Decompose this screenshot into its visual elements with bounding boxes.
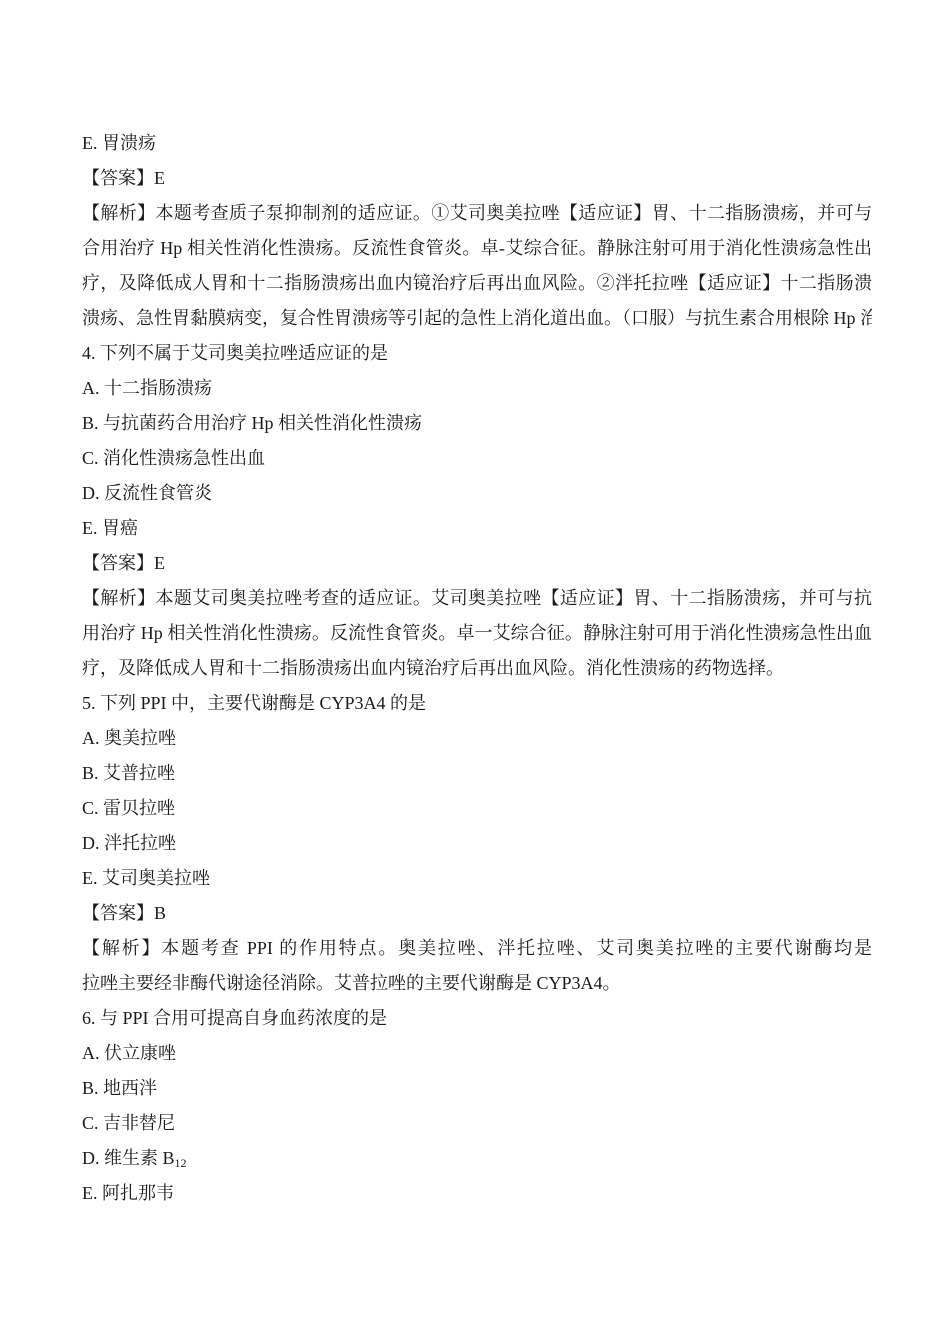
q4-stem: 4. 下列不属于艾司奥美拉唑适应证的是 bbox=[82, 336, 872, 371]
prev-question-answer: 【答案】E bbox=[82, 161, 872, 196]
q6-option-e: E. 阿扎那韦 bbox=[82, 1176, 872, 1211]
prev-question-analysis-line-3: 疗，及降低成人胃和十二指肠溃疡出血内镜治疗后再出血风险。②泮托拉唑【适应证】十二… bbox=[82, 266, 872, 301]
prev-question-analysis-line-1: 【解析】本题考查质子泵抑制剂的适应证。①艾司奥美拉唑【适应证】胃、十二指肠溃疡，… bbox=[82, 196, 872, 231]
q5-option-d: D. 泮托拉唑 bbox=[82, 826, 872, 861]
q5-stem: 5. 下列 PPI 中，主要代谢酶是 CYP3A4 的是 bbox=[82, 686, 872, 721]
q4-option-b: B. 与抗菌药合用治疗 Hp 相关性消化性溃疡 bbox=[82, 406, 872, 441]
document-page: E. 胃溃疡 【答案】E 【解析】本题考查质子泵抑制剂的适应证。①艾司奥美拉唑【… bbox=[82, 126, 872, 1211]
q5-option-e: E. 艾司奥美拉唑 bbox=[82, 861, 872, 896]
q5-answer: 【答案】B bbox=[82, 896, 872, 931]
q4-analysis-line-3: 疗，及降低成人胃和十二指肠溃疡出血内镜治疗后再出血风险。消化性溃疡的药物选择。 bbox=[82, 651, 872, 686]
q5-analysis-line-2: 拉唑主要经非酶代谢途径消除。艾普拉唑的主要代谢酶是 CYP3A4。 bbox=[82, 966, 872, 1001]
q5-option-b: B. 艾普拉唑 bbox=[82, 756, 872, 791]
q4-analysis-line-2: 用治疗 Hp 相关性消化性溃疡。反流性食管炎。卓一艾综合征。静脉注射可用于消化性… bbox=[82, 616, 872, 651]
prev-question-analysis-line-2: 合用治疗 Hp 相关性消化性溃疡。反流性食管炎。卓-艾综合征。静脉注射可用于消化… bbox=[82, 231, 872, 266]
q4-analysis-line-1: 【解析】本题艾司奥美拉唑考查的适应证。艾司奥美拉唑【适应证】胃、十二指肠溃疡，并… bbox=[82, 581, 872, 616]
q6-stem: 6. 与 PPI 合用可提高自身血药浓度的是 bbox=[82, 1001, 872, 1036]
q5-analysis-line-1: 【解析】本题考查 PPI 的作用特点。奥美拉唑、泮托拉唑、艾司奥美拉唑的主要代谢… bbox=[82, 931, 872, 966]
q6-option-d-text: D. 维生素 B bbox=[82, 1148, 175, 1168]
q4-option-e: E. 胃癌 bbox=[82, 511, 872, 546]
prev-question-analysis-line-4: 溃疡、急性胃黏膜病变，复合性胃溃疡等引起的急性上消化道出血。（口服）与抗生素合用… bbox=[82, 301, 872, 336]
q6-option-a: A. 伏立康唑 bbox=[82, 1036, 872, 1071]
q5-option-c: C. 雷贝拉唑 bbox=[82, 791, 872, 826]
q6-option-b: B. 地西泮 bbox=[82, 1071, 872, 1106]
q4-option-a: A. 十二指肠溃疡 bbox=[82, 371, 872, 406]
q6-option-d: D. 维生素 B12 bbox=[82, 1141, 872, 1176]
q4-option-d: D. 反流性食管炎 bbox=[82, 476, 872, 511]
q6-option-c: C. 吉非替尼 bbox=[82, 1106, 872, 1141]
q4-option-c: C. 消化性溃疡急性出血 bbox=[82, 441, 872, 476]
q6-option-d-subscript: 12 bbox=[175, 1156, 187, 1170]
prev-question-option-e: E. 胃溃疡 bbox=[82, 126, 872, 161]
q5-option-a: A. 奥美拉唑 bbox=[82, 721, 872, 756]
q4-answer: 【答案】E bbox=[82, 546, 872, 581]
